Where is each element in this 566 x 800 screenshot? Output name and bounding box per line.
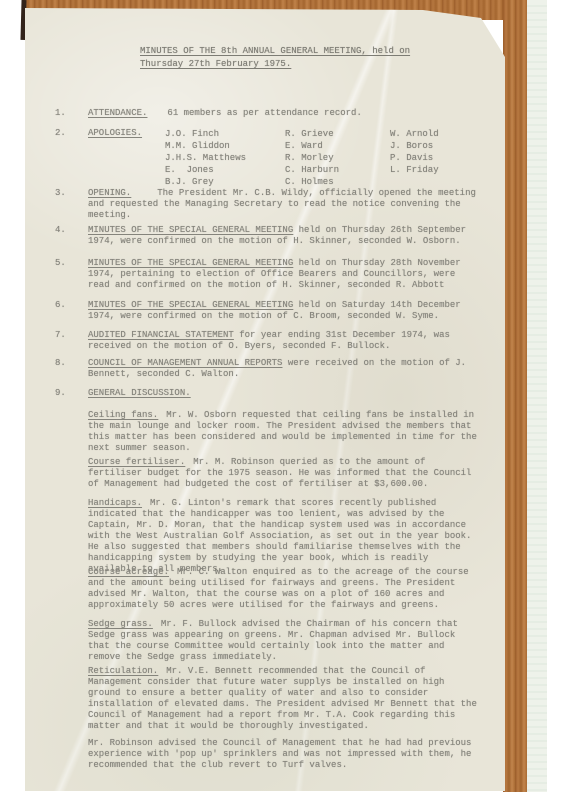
- wood-table-right-edge: [503, 0, 527, 792]
- minutes-item-special-meeting-nov: 5. MINUTES OF THE SPECIAL GENERAL MEETIN…: [55, 258, 487, 291]
- apology-name: J.H.S. Matthews: [165, 152, 285, 164]
- item-heading: GENERAL DISCUSSION.: [88, 388, 191, 398]
- apology-name: L. Friday: [390, 164, 490, 176]
- title-line-1: MINUTES OF THE 8th ANNUAL GENERAL MEETIN…: [140, 45, 410, 58]
- discussion-paragraph-reticulation: Reticulation.Mr. V.E. Bennett recommende…: [88, 666, 482, 732]
- item-text: GENERAL DISCUSSION.: [88, 388, 482, 399]
- apology-name: E. Ward: [285, 140, 390, 152]
- item-heading: APOLOGIES.: [88, 128, 142, 138]
- item-number: 3.: [55, 188, 88, 221]
- discussion-paragraph-handicaps: Handicaps.Mr. G. Linton's remark that sc…: [88, 498, 482, 575]
- paragraph-lead: Ceiling fans.: [88, 410, 158, 420]
- paragraph-lead: Handicaps.: [88, 498, 142, 508]
- minutes-item-special-meeting-dec: 6. MINUTES OF THE SPECIAL GENERAL MEETIN…: [55, 300, 487, 322]
- paragraph-lead: Sedge grass.: [88, 619, 153, 629]
- apology-name: J. Boros: [390, 140, 490, 152]
- minutes-item-general-discussion: 9. GENERAL DISCUSSION.: [55, 388, 487, 399]
- apology-name: J.O. Finch: [165, 128, 285, 140]
- item-text: ATTENDANCE.61 members as per attendance …: [88, 108, 482, 119]
- photo-frame: MINUTES OF THE 8th ANNUAL GENERAL MEETIN…: [0, 0, 566, 800]
- discussion-paragraph-sedge-grass: Sedge grass.Mr. F. Bullock advised the C…: [88, 619, 482, 663]
- discussion-paragraph-course-fertiliser: Course fertiliser.Mr. M. Robinson querie…: [88, 457, 482, 490]
- item-body: The President Mr. C.B. Wildy, officially…: [88, 188, 476, 220]
- minutes-item-apologies: 2. APOLOGIES. J.O. FinchR. GrieveW. Arno…: [55, 128, 487, 188]
- apology-name: C. Holmes: [285, 176, 390, 188]
- item-text: OPENING.The President Mr. C.B. Wildy, of…: [88, 188, 482, 221]
- item-number: 5.: [55, 258, 88, 291]
- apology-name: R. Morley: [285, 152, 390, 164]
- item-text: MINUTES OF THE SPECIAL GENERAL MEETING h…: [88, 300, 482, 322]
- lined-paper-edge: [527, 0, 547, 792]
- apology-name: C. Harburn: [285, 164, 390, 176]
- apology-name: M.M. Gliddon: [165, 140, 285, 152]
- item-text: MINUTES OF THE SPECIAL GENERAL MEETING h…: [88, 225, 482, 247]
- minutes-item-annual-reports: 8. COUNCIL OF MANAGEMENT ANNUAL REPORTS …: [55, 358, 487, 380]
- item-heading: OPENING.: [88, 188, 131, 198]
- paragraph-body: Mr. Robinson advised the Council of Mana…: [88, 738, 471, 770]
- document-title: MINUTES OF THE 8th ANNUAL GENERAL MEETIN…: [140, 45, 410, 70]
- item-heading: AUDITED FINANCIAL STATEMENT: [88, 330, 234, 340]
- apology-name: B.J. Grey: [165, 176, 285, 188]
- discussion-paragraph-ceiling-fans: Ceiling fans.Mr. W. Osborn requested tha…: [88, 410, 482, 454]
- title-line-2: Thursday 27th February 1975.: [140, 58, 410, 71]
- item-text: APOLOGIES. J.O. FinchR. GrieveW. Arnold …: [88, 128, 482, 188]
- apology-name: E. Jones: [165, 164, 285, 176]
- item-number: 8.: [55, 358, 88, 380]
- item-number: 2.: [55, 128, 88, 188]
- item-text: AUDITED FINANCIAL STATEMENT for year end…: [88, 330, 482, 352]
- apology-name: P. Davis: [390, 152, 490, 164]
- item-text: COUNCIL OF MANAGEMENT ANNUAL REPORTS wer…: [88, 358, 482, 380]
- minutes-item-opening: 3. OPENING.The President Mr. C.B. Wildy,…: [55, 188, 487, 221]
- document-page: MINUTES OF THE 8th ANNUAL GENERAL MEETIN…: [25, 5, 505, 791]
- item-heading: MINUTES OF THE SPECIAL GENERAL MEETING: [88, 300, 293, 310]
- paragraph-lead: Reticulation.: [88, 666, 158, 676]
- item-heading: COUNCIL OF MANAGEMENT ANNUAL REPORTS: [88, 358, 282, 368]
- item-heading: MINUTES OF THE SPECIAL GENERAL MEETING: [88, 225, 293, 235]
- apology-name: [390, 176, 490, 188]
- apology-name: W. Arnold: [390, 128, 490, 140]
- item-heading: ATTENDANCE.: [88, 108, 147, 118]
- item-heading: MINUTES OF THE SPECIAL GENERAL MEETING: [88, 258, 293, 268]
- item-number: 7.: [55, 330, 88, 352]
- item-body: 61 members as per attendance record.: [167, 108, 361, 118]
- item-number: 9.: [55, 388, 88, 399]
- minutes-item-attendance: 1. ATTENDANCE.61 members as per attendan…: [55, 108, 487, 119]
- item-number: 4.: [55, 225, 88, 247]
- item-number: 6.: [55, 300, 88, 322]
- discussion-paragraph-sprinklers: Mr. Robinson advised the Council of Mana…: [88, 738, 482, 771]
- minutes-item-audited-statement: 7. AUDITED FINANCIAL STATEMENT for year …: [55, 330, 487, 352]
- discussion-paragraph-course-acreage: Course acreage.Mr. C. Walton enquired as…: [88, 567, 482, 611]
- item-number: 1.: [55, 108, 88, 119]
- item-text: MINUTES OF THE SPECIAL GENERAL MEETING h…: [88, 258, 482, 291]
- paragraph-lead: Course acreage.: [88, 567, 169, 577]
- apologies-name-list: J.O. FinchR. GrieveW. Arnold M.M. Gliddo…: [165, 128, 490, 188]
- apology-name: R. Grieve: [285, 128, 390, 140]
- paragraph-body: Mr. G. Linton's remark that scores recen…: [88, 498, 471, 574]
- minutes-item-special-meeting-sept: 4. MINUTES OF THE SPECIAL GENERAL MEETIN…: [55, 225, 487, 247]
- paragraph-lead: Course fertiliser.: [88, 457, 185, 467]
